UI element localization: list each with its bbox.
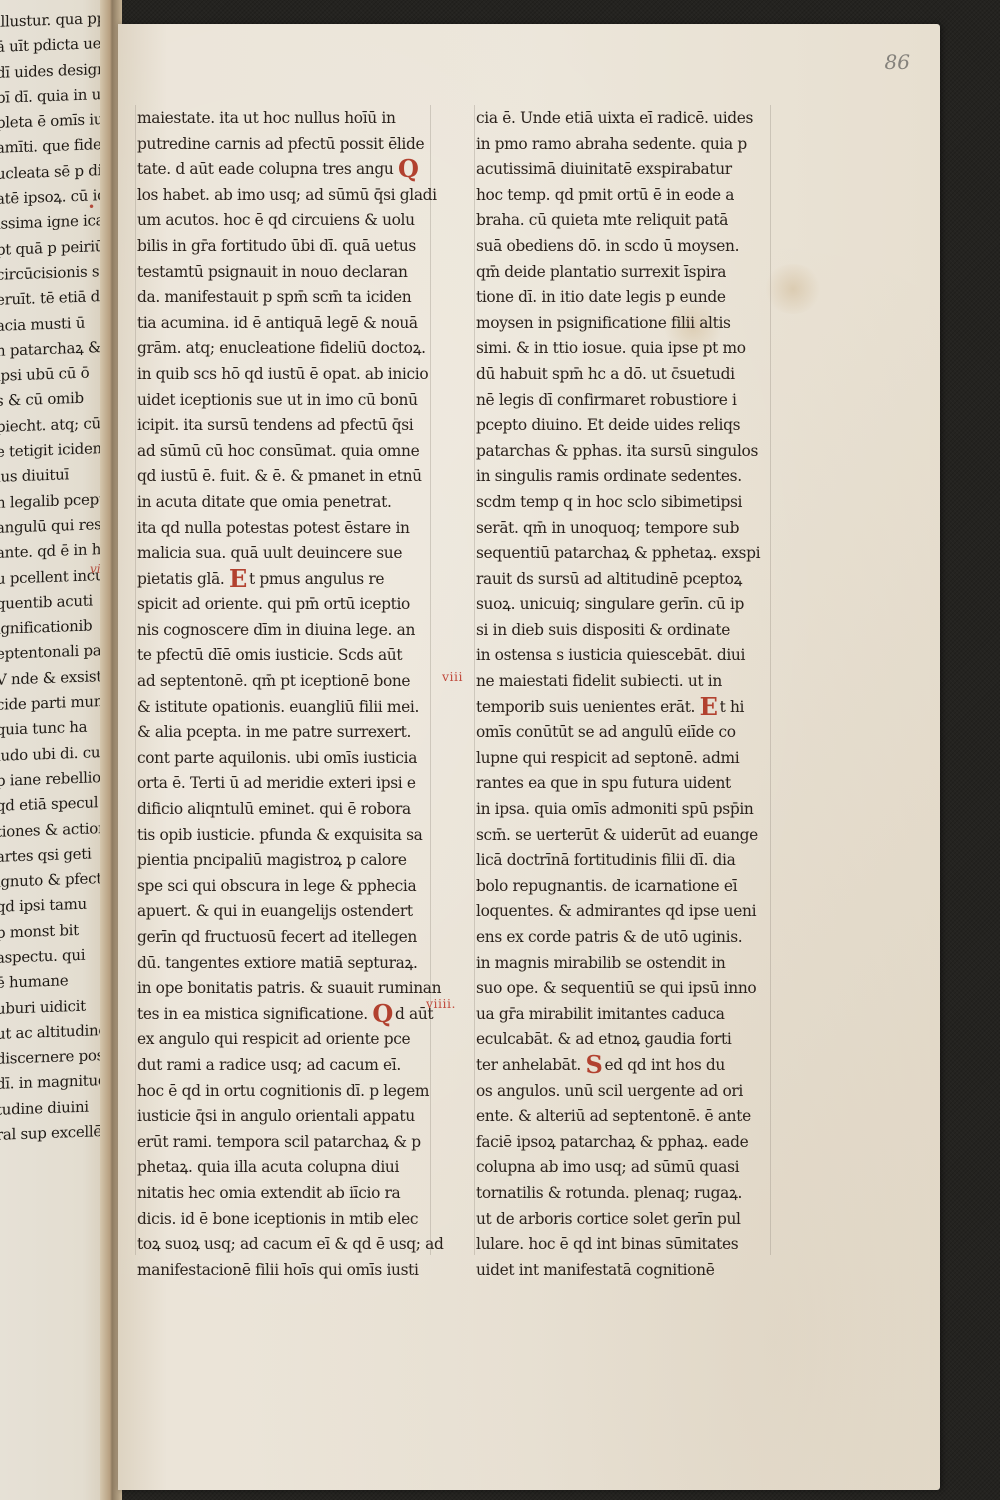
facing-page-line: n legalib pcepti	[0, 487, 101, 516]
facing-page-line: angulū qui respi	[0, 512, 101, 541]
text-line: & istitute opationis. euangliū filii mei…	[137, 695, 467, 721]
text-line: sequentiū patarchaꝝ & pphetaꝝ. exspi	[476, 541, 806, 567]
text-line: in quib scs hō qd iustū ē opat. ab inici…	[137, 362, 467, 388]
text-line: si in dieb suis dispositi & ordinate	[476, 618, 806, 644]
text-line: ente. & alteriū ad septentonē. ē ante	[476, 1104, 806, 1130]
facing-page-line: atē ipsoꝝ. cū icē fili	[0, 183, 101, 212]
line-text: temporib suis uenientes erāt.	[476, 698, 700, 716]
facing-page-line: eruīt. tē etiā decla	[0, 284, 101, 313]
line-text-continued: ed qd int hos du	[604, 1056, 725, 1074]
text-line: gerīn qd fructuosū fecert ad itellegen	[137, 925, 467, 951]
facing-page-line: s & cū omib	[0, 386, 101, 415]
text-line: dū. tangentes extiore matiā septuraꝝ.	[137, 951, 467, 977]
facing-page-text: illustur. qua ppā uīt pdicta uerūdī uide…	[0, 0, 101, 1148]
text-line: temporib suis uenientes erāt. Et hi	[476, 695, 806, 721]
text-line: nis cognoscere dīm in diuina lege. an	[137, 618, 467, 644]
text-line: licā doctrīnā fortitudinis filii dī. dia	[476, 848, 806, 874]
text-line: in acuta ditate que omia penetrat.	[137, 490, 467, 516]
text-line: in magnis mirabilib se ostendit in	[476, 951, 806, 977]
facing-page-line: circūcisionis se	[0, 259, 101, 288]
facing-page-line: quentib acuti	[0, 588, 101, 617]
text-line: ut de arboris cortice solet gerīn pul	[476, 1207, 806, 1233]
facing-page-line: ē humane	[0, 967, 101, 996]
text-line: icipit. ita sursū tendens ad pfectū q̄si	[137, 413, 467, 439]
text-line: tia acumina. id ē antiquā legē & nouā	[137, 311, 467, 337]
facing-page-line: ignuto & pfect	[0, 866, 101, 895]
text-line: rauit ds sursū ad altitudinē pceptoꝝ	[476, 567, 806, 593]
text-line: apuert. & qui in euangelijs ostendert	[137, 899, 467, 925]
text-line: orta ē. Terti ū ad meridie exteri ipsi e	[137, 771, 467, 797]
text-line: braha. cū quieta mte reliquit patā	[476, 208, 806, 234]
line-text-continued: t hi	[720, 698, 745, 716]
text-line: ne maiestati fidelit subiecti. ut in	[476, 669, 806, 695]
ruling-line	[135, 105, 136, 1255]
text-line: iusticie q̄si in angulo orientali appatu	[137, 1104, 467, 1130]
facing-page-line: e tetigit icident	[0, 436, 101, 465]
text-line: phetaꝝ. quia illa acuta colupna diui	[137, 1155, 467, 1181]
facing-page-line: ā uīt pdicta uerū	[0, 31, 101, 60]
line-text-continued: t pmus angulus re	[249, 570, 384, 588]
facing-page-line: dī. in magnitudi	[0, 1069, 101, 1098]
text-line: cont parte aquilonis. ubi omīs iusticia	[137, 746, 467, 772]
text-line: loquentes. & admirantes qd ipse ueni	[476, 899, 806, 925]
text-line: lupne qui respicit ad septonē. admi	[476, 746, 806, 772]
rubricated-initial: Q	[398, 154, 419, 183]
text-line: dut rami a radice usq; ad cacum eī.	[137, 1053, 467, 1079]
marginal-numeral-viiii: viiii.	[426, 996, 456, 1011]
text-line: tornatilis & rotunda. plenaq; rugaꝝ.	[476, 1181, 806, 1207]
text-line: erūt rami. tempora scil patarchaꝝ & p	[137, 1130, 467, 1156]
text-line: simi. & in ttio iosue. quia ipse pt mo	[476, 336, 806, 362]
text-line: tis opib iusticie. pfunda & exquisita sa	[137, 823, 467, 849]
line-text: pietatis glā.	[137, 570, 229, 588]
text-line: lulare. hoc ē qd int binas sūmitates	[476, 1232, 806, 1258]
text-line: testamtū psignauit in nouo declaran	[137, 260, 467, 286]
text-line: uidet iceptionis sue ut in imo cū bonū	[137, 388, 467, 414]
text-line: dū habuit spm̄ hc a dō. ut c̄suetudi	[476, 362, 806, 388]
text-line: toꝝ suoꝝ usq; ad cacum eī & qd ē usq; ad	[137, 1232, 467, 1258]
text-line: maiestate. ita ut hoc nullus hoīū in	[137, 106, 467, 132]
text-line: suā obediens dō. in scdo ū moysen.	[476, 234, 806, 260]
facing-page-line: p iane rebellioni	[0, 765, 101, 794]
facing-page-line: acia musti ū	[0, 310, 101, 339]
facing-page-line: ral sup excellē	[0, 1119, 101, 1148]
facing-page-line: iudo ubi di. cum	[0, 740, 101, 769]
text-line: grām. atq; enucleatione fideliū doctoꝝ.	[137, 336, 467, 362]
facing-page-line: qd ipsi tamu	[0, 892, 101, 921]
facing-page-line: pt quā p peiriū	[0, 234, 101, 263]
text-line: scdm temp q in hoc sclo sibimetipsi	[476, 490, 806, 516]
text-line: spe sci qui obscura in lege & pphecia	[137, 874, 467, 900]
text-line: ita qd nulla potestas potest ēstare in	[137, 516, 467, 542]
text-line: in ipsa. quia omīs admoniti spū psp̄in	[476, 797, 806, 823]
line-text: tes in ea mistica significatione.	[137, 1005, 372, 1023]
rubricated-initial: S	[586, 1050, 603, 1079]
text-line: omīs conūtūt se ad angulū eiīde co	[476, 720, 806, 746]
facing-page-line: uburi uidicit	[0, 993, 101, 1022]
text-line: bilis in gr̄a fortitudo ūbi dī. quā uetu…	[137, 234, 467, 260]
text-line: tione dī. in itio date legis p eunde	[476, 285, 806, 311]
facing-page-line: bī dī. quia in uero	[0, 82, 101, 111]
text-line: nitatis hec omia extendit ab iīcio ra	[137, 1181, 467, 1207]
text-line: dicis. id ē bone iceptionis in mtib elec	[137, 1207, 467, 1233]
text-line: tes in ea mistica significatione. Qd aūt	[137, 1002, 467, 1028]
text-line: hoc temp. qd pmit ortū ē in eode a	[476, 183, 806, 209]
rubricated-initial: E	[229, 564, 247, 593]
facing-page-line: artes qsi geti	[0, 841, 101, 870]
text-line: faciē ipsoꝝ patarchaꝝ & pphaꝝ. eade	[476, 1130, 806, 1156]
text-line: ter anhelabāt. Sed qd int hos du	[476, 1053, 806, 1079]
text-line: cia ē. Unde etiā uixta eī radicē. uides	[476, 106, 806, 132]
text-line: ad sūmū cū hoc consūmat. quia omne	[137, 439, 467, 465]
facing-page-line: piecht. atq; cū	[0, 411, 101, 440]
folio-number: 86	[885, 50, 910, 74]
facing-page-line: illustur. qua pp	[0, 6, 101, 35]
text-line: hoc ē qd in ortu cognitionis dī. p legem	[137, 1079, 467, 1105]
facing-page-line: ante. qd ē in homi	[0, 537, 101, 566]
text-line: pietatis glā. Et pmus angulus re	[137, 567, 467, 593]
text-line: suo ope. & sequentiū se qui ipsū inno	[476, 976, 806, 1002]
text-line: malicia sua. quā uult deuincere sue	[137, 541, 467, 567]
text-line: rantes ea que in spu futura uident	[476, 771, 806, 797]
facing-page-line: amīti. que fideliū	[0, 133, 101, 162]
text-line: eculcabāt. & ad etnoꝝ gaudia forti	[476, 1027, 806, 1053]
text-line: manifestacionē filii hoīs qui omīs iusti	[137, 1258, 467, 1284]
text-line: in pmo ramo abraha sedente. quia p	[476, 132, 806, 158]
text-line: qd iustū ē. fuit. & ē. & pmanet in etnū	[137, 464, 467, 490]
facing-page-line: qd etiā specul	[0, 790, 101, 819]
facing-page-line: u pcellent incumul	[0, 563, 101, 592]
text-line: os angulos. unū scil uergente ad ori	[476, 1079, 806, 1105]
text-line: los habet. ab imo usq; ad sūmū q̄si glad…	[137, 183, 467, 209]
text-line: uidet int manifestatā cognitionē	[476, 1258, 806, 1284]
ruling-line	[474, 105, 475, 1255]
text-line: & alia pcepta. in me patre surrexert.	[137, 720, 467, 746]
facing-page-line: ut ac altitudinē	[0, 1018, 101, 1047]
text-column-1: maiestate. ita ut hoc nullus hoīū inputr…	[137, 106, 467, 1283]
facing-page-line: cide parti mun	[0, 689, 101, 718]
text-line: acutissimā diuinitatē exspirabatur	[476, 157, 806, 183]
text-line: ad septentonē. qm̄ pt iceptionē bone	[137, 669, 467, 695]
facing-page-line: issima igne icarna	[0, 209, 101, 238]
text-line: qm̄ deide plantatio surrexit īspira	[476, 260, 806, 286]
text-line: colupna ab imo usq; ad sūmū quasi	[476, 1155, 806, 1181]
facing-page-line: tudine diuini	[0, 1094, 101, 1123]
text-line: in ope bonitatis patris. & suauit rumina…	[137, 976, 467, 1002]
facing-page-line: tiones & actione	[0, 816, 101, 845]
text-line: suoꝝ. unicuiq; singulare gerīn. cū ip	[476, 592, 806, 618]
facing-page-line: V nde & exsiste	[0, 664, 101, 693]
facing-page-line: ipsi ubū cū ō	[0, 360, 101, 389]
marginal-mark-dot: •	[88, 200, 95, 214]
text-line: ua gr̄a mirabilit imitantes caduca	[476, 1002, 806, 1028]
text-line: moysen in psignificatione filii altis	[476, 311, 806, 337]
text-line: pcepto diuino. Et deide uides reliqs	[476, 413, 806, 439]
rubricated-initial: E	[700, 692, 718, 721]
facing-page-line: n patarchaꝝ & p	[0, 335, 101, 364]
text-line: spicit ad oriente. qui pm̄ ortū iceptio	[137, 592, 467, 618]
text-line: pientia pncipaliū magistroꝝ p calore	[137, 848, 467, 874]
text-line: ex angulo qui respicit ad oriente pce	[137, 1027, 467, 1053]
text-line: scm̄. se uerterūt & uiderūt ad euange	[476, 823, 806, 849]
text-line: ens ex corde patris & de utō uginis.	[476, 925, 806, 951]
text-line: te pfectū dīē omis iusticie. Scds aūt	[137, 643, 467, 669]
text-line: patarchas & pphas. ita sursū singulos	[476, 439, 806, 465]
facing-page-line: ignificationib	[0, 613, 101, 642]
text-line: in singulis ramis ordinate sedentes.	[476, 464, 806, 490]
text-line: serāt. qm̄ in unoquoq; tempore sub	[476, 516, 806, 542]
rubricated-initial: Q	[372, 999, 393, 1028]
text-line: da. manifestauit p spm̄ scm̄ ta iciden	[137, 285, 467, 311]
facing-page-line: p monst bit	[0, 917, 101, 946]
facing-page-line: discernere posse	[0, 1043, 101, 1072]
facing-page-line: ucleata sē p diuinā	[0, 158, 101, 187]
text-line: in ostensa s iusticia quiescebāt. diui	[476, 643, 806, 669]
text-line: nē legis dī confirmaret robustiore i	[476, 388, 806, 414]
facing-page-line: lus diuituī	[0, 462, 101, 491]
facing-page-line: eptentonali parti	[0, 639, 101, 668]
facing-page-line: pleta ē omīs iusticia	[0, 107, 101, 136]
text-line: um acutos. hoc ē qd circuiens & uolu	[137, 208, 467, 234]
text-column-2: cia ē. Unde etiā uixta eī radicē. uidesi…	[476, 106, 806, 1283]
line-text: ter anhelabāt.	[476, 1056, 586, 1074]
line-text: tate. d aūt eade colupna tres angu	[137, 160, 398, 178]
text-line: tate. d aūt eade colupna tres angu Q	[137, 157, 467, 183]
facing-page-line: dī uides designat	[0, 57, 101, 86]
facing-page-line: aspectu. qui	[0, 942, 101, 971]
text-line: bolo repugnantis. de icarnatione eī	[476, 874, 806, 900]
marginal-numeral-viii: viii	[442, 669, 463, 684]
facing-page-line: quia tunc ha	[0, 714, 101, 743]
text-line: dificio aliqntulū eminet. qui ē robora	[137, 797, 467, 823]
